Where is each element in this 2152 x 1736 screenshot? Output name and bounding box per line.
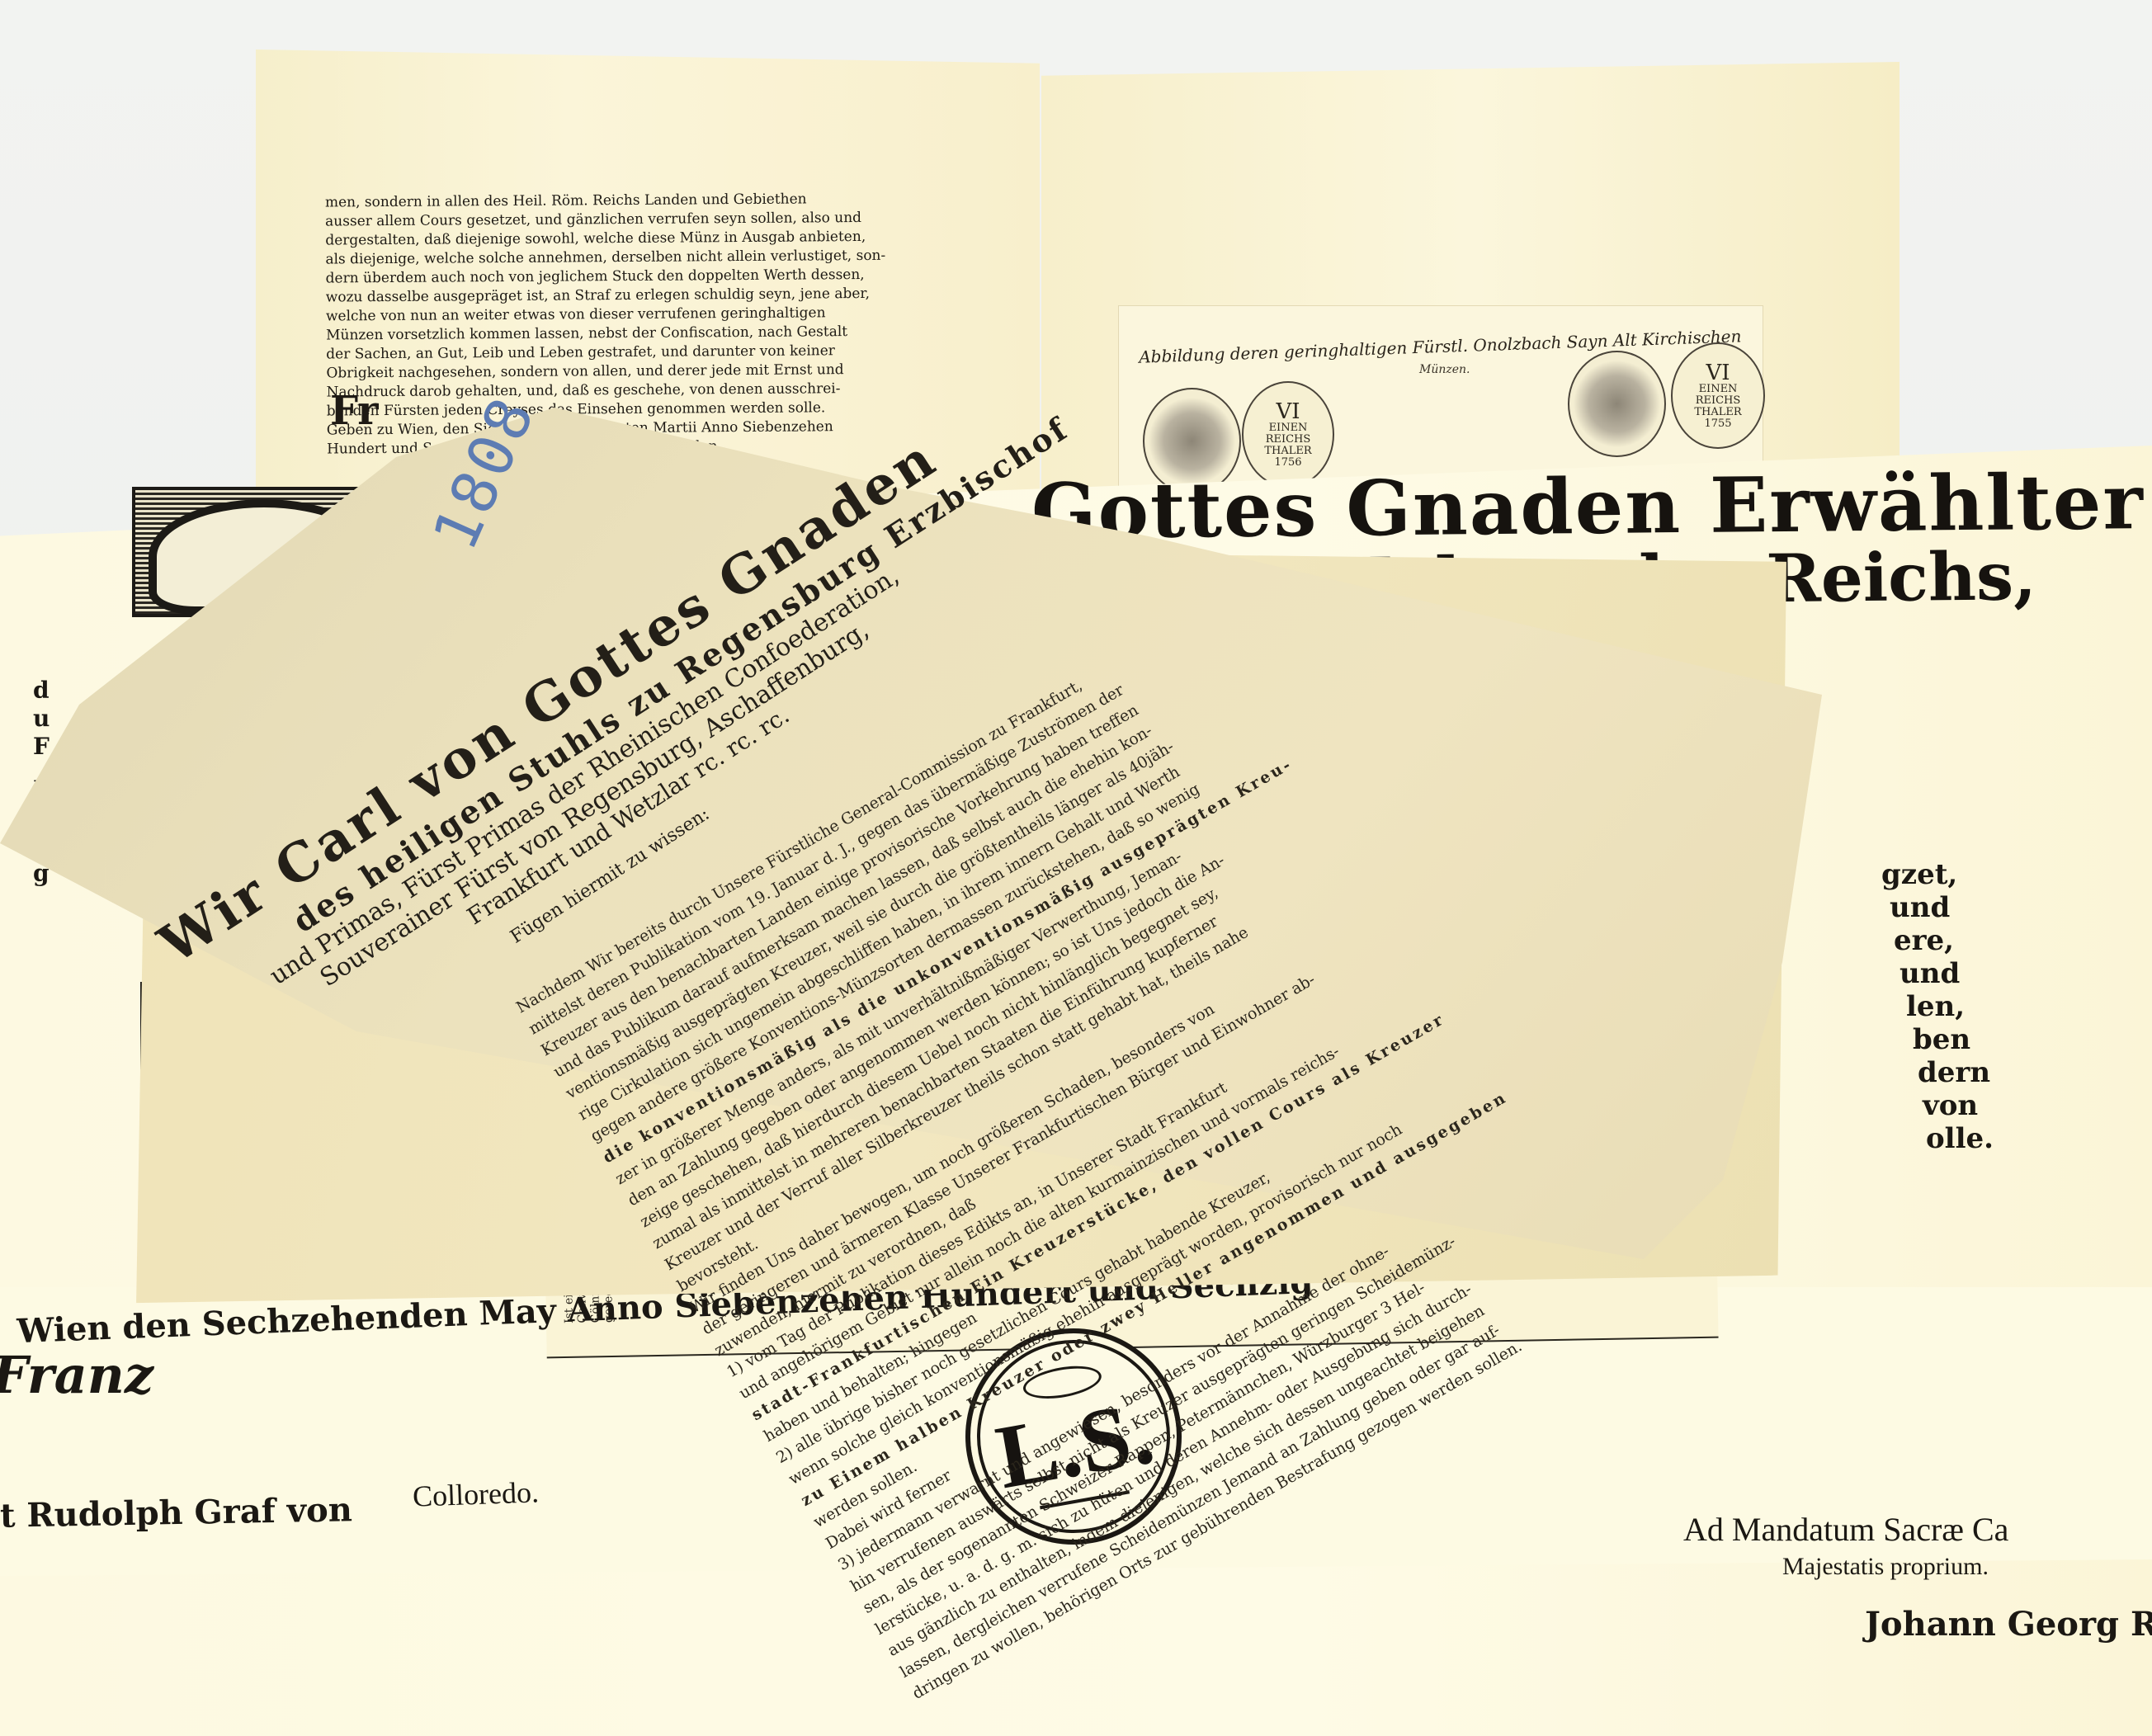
mandatum-line-1: Ad Mandatum Sacræ Ca <box>1683 1510 2008 1549</box>
coin-text: EINEN <box>1699 384 1738 395</box>
signature-fragment: Fr <box>330 388 379 434</box>
coin-text: EINEN <box>1269 422 1308 434</box>
countersign-fraktur: t Rudolph Graf von <box>0 1490 352 1535</box>
edict-text-block: men, sondern in allen des Heil. Röm. Rei… <box>325 189 921 459</box>
coin-text: THALER <box>1694 407 1741 418</box>
coin-text: THALER <box>1264 446 1311 457</box>
text-fragment: F <box>33 733 52 761</box>
text-fragment: olle. <box>1926 1122 1994 1155</box>
text-fragment: gzet, <box>1881 858 1994 891</box>
mandatum-line-2: Majestatis proprium. <box>1782 1553 1989 1581</box>
coin-value: VI <box>1706 362 1730 384</box>
poster-signature: Franz <box>0 1345 153 1405</box>
coin-text: REICHS <box>1266 434 1311 446</box>
countersign-roman: Colloredo. <box>412 1474 539 1513</box>
text-fragment: u <box>33 705 52 733</box>
mandatum-signer: Johann Georg R <box>1865 1605 2152 1644</box>
text-fragment: und <box>1890 891 1994 924</box>
coin-text: REICHS <box>1696 395 1741 407</box>
coin-year: 1755 <box>1704 418 1731 430</box>
coin-plate-caption-2: Münzen. <box>1419 363 1470 376</box>
coin-reverse-1755: VI EINEN REICHS THALER 1755 <box>1671 342 1765 449</box>
text-fragment: d <box>33 677 52 705</box>
coin-value: VI <box>1276 401 1300 422</box>
